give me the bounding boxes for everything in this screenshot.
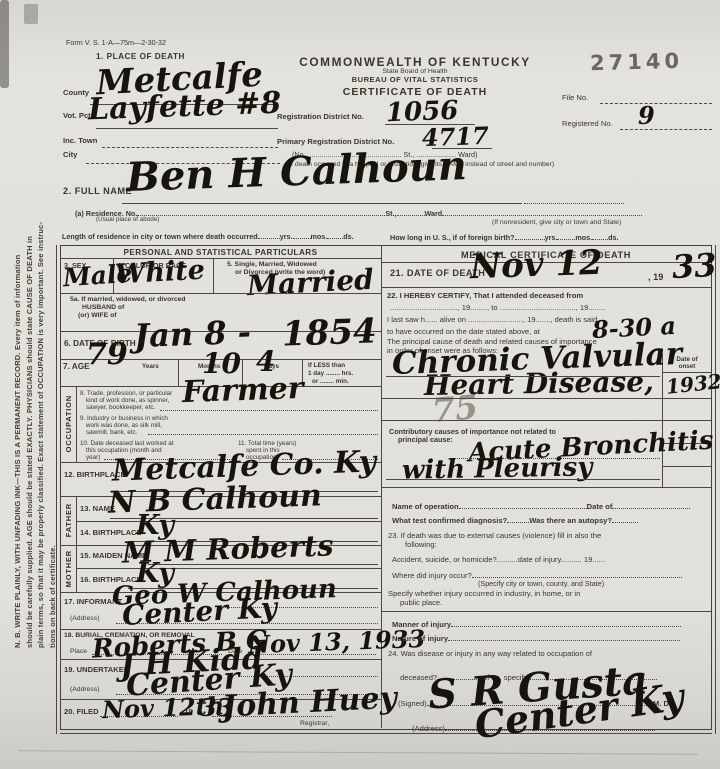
filed-label: 20. FILED	[64, 707, 99, 716]
inc-town-label: Inc. Town	[63, 136, 97, 145]
nature-of-injury-line: Nature of injury	[392, 632, 680, 643]
dotted-line	[612, 500, 690, 509]
foreign-birth-line: How long in U. S., if of foreign birth?y…	[390, 231, 619, 242]
dotted-line	[397, 207, 425, 216]
field-11-line1: 11. Total time (years)	[238, 440, 296, 447]
field-10-line1: 10. Date deceased last worked at	[80, 440, 173, 447]
registration-district-label: Registration District No.	[277, 112, 364, 121]
residence-line: (a) Residence. No.St.,Ward	[75, 207, 642, 218]
dotted-line	[472, 569, 682, 578]
st-label: St.,	[385, 209, 396, 218]
external-causes-line2: following:	[405, 540, 437, 549]
bureau-label: BUREAU OF VITAL STATISTICS	[268, 75, 562, 84]
father-group: FATHER	[61, 496, 77, 545]
pencil-annotation: 75	[431, 390, 480, 427]
rule-line	[148, 434, 378, 435]
informant-address-label: (Address)	[70, 615, 99, 622]
rule-line	[102, 147, 278, 148]
rule-line	[381, 611, 711, 612]
rule-line	[76, 568, 381, 569]
dob-year-handwriting: 1854	[281, 314, 377, 351]
rule-line	[386, 376, 660, 377]
dotted-line	[507, 514, 529, 523]
rule-line	[381, 420, 711, 421]
rule-line	[381, 487, 711, 488]
occupation-question-line1: 24. Was disease or injury in any way rel…	[388, 649, 592, 658]
dotted-line	[293, 230, 311, 239]
informant-address-handwriting: Center Ky	[121, 594, 277, 630]
field-8-line1: 8. Trade, profession, or particular	[80, 390, 172, 397]
dotted-line	[592, 231, 608, 240]
scan-artifact	[0, 0, 9, 88]
file-number-stamp: 27140	[590, 49, 684, 75]
occupation-group-label: OCCUPATION	[64, 395, 73, 452]
field-9-line2: work was done, as silk mill,	[86, 422, 162, 429]
rule-line	[381, 398, 711, 399]
rule-line	[524, 203, 624, 204]
dotted-line	[258, 230, 280, 239]
cell-divider	[178, 359, 179, 386]
rule-line	[600, 103, 712, 104]
abode-note: (Usual place of abode)	[96, 216, 159, 223]
field-9-line1: 9. Industry or business in which	[80, 415, 168, 422]
field-8-line3: sawyer, bookkeeper, etc.	[86, 404, 155, 411]
age-less-line2: 1 day ........ hrs.	[308, 370, 353, 377]
contributory-label-line2: principal cause:	[398, 435, 453, 444]
county-label: County	[63, 88, 89, 97]
rule-line	[56, 245, 57, 734]
rule-line	[96, 128, 278, 129]
certificate-title: CERTIFICATE OF DEATH	[268, 86, 562, 98]
commonwealth-title: COMMONWEALTH OF KENTUCKY	[268, 55, 562, 69]
length-label: Length of residence in city or town wher…	[62, 232, 258, 241]
dotted-line	[327, 230, 343, 239]
mother-group: MOTHER	[61, 545, 77, 592]
rule-line	[76, 521, 381, 522]
date-of-death-handwriting: Nov 12	[469, 246, 603, 285]
dotted-line	[515, 231, 545, 240]
dotted-line	[448, 632, 680, 641]
nonresident-note: (If nonresident, give city or town and S…	[492, 219, 621, 226]
manner-of-injury-line: Manner of injury	[392, 618, 681, 629]
field-5a-line3: (or) WIFE of	[78, 312, 117, 319]
rule-line	[386, 479, 660, 480]
yrs-label: yrs.	[545, 233, 558, 242]
ward-label: Ward	[425, 209, 443, 218]
marital-value-handwriting: Married	[246, 266, 374, 301]
rule-line	[160, 410, 378, 411]
certify-line2: ................................, 19....…	[390, 303, 605, 312]
occupation-value-handwriting: Farmer	[182, 374, 305, 408]
registered-no-value-handwriting: 9	[638, 104, 655, 128]
certify-line4: to have occurred on the date stated abov…	[387, 327, 540, 336]
onset-year-handwriting: 1932	[665, 371, 720, 397]
dotted-line	[137, 207, 385, 216]
rule-line	[60, 293, 381, 294]
signed-label: (Signed)	[398, 699, 427, 708]
scanned-death-certificate: N. B. WRITE PLAINLY, WITH UNFADING INK—T…	[0, 0, 720, 769]
color-value-handwriting: White	[114, 257, 205, 289]
age-years-handwriting: 79	[86, 340, 128, 370]
age-less-line3: or ........ min.	[312, 378, 349, 385]
rule-line	[60, 733, 712, 734]
margin-instructions-line: plain terms, so that it may be properly …	[35, 222, 47, 648]
undertaker-address-label: (Address)	[70, 686, 99, 693]
dotted-line	[451, 618, 681, 627]
precinct-value-handwriting: Layfette #8	[88, 89, 282, 126]
rule-line	[381, 287, 711, 288]
certify-line1: 22. I HEREBY CERTIFY, That I attended de…	[387, 291, 583, 300]
yrs-label: yrs.	[280, 232, 293, 241]
board-of-health-label: State Board of Health	[268, 68, 562, 75]
external-causes-line3: Accident, suicide, or homicide?.........…	[392, 555, 605, 564]
dod-year-handwriting: 33	[671, 249, 717, 283]
injury-location-note: (Specify city or town, county, and State…	[478, 579, 604, 588]
age-less-line1: If LESS than	[308, 362, 345, 369]
mos-label: mos.	[575, 233, 592, 242]
personal-particulars-title: PERSONAL AND STATISTICAL PARTICULARS	[60, 248, 381, 257]
manner-of-injury-label: Manner of injury	[392, 620, 451, 629]
registered-no-label: Registered No.	[562, 119, 613, 128]
cell-divider	[213, 258, 214, 293]
rule-line	[122, 203, 522, 204]
field-5a-line2: HUSBAND of	[82, 304, 124, 311]
physician-address-label: (Address)	[412, 724, 445, 733]
margin-instructions-line: should be carefully supplied. AGE should…	[24, 222, 36, 648]
field-10-line3: year)	[86, 454, 100, 461]
full-name-label: 2. FULL NAME	[63, 186, 132, 196]
scan-artifact	[18, 750, 698, 755]
mother-group-label: MOTHER	[64, 550, 73, 587]
margin-instructions-line: N. B. WRITE PLAINLY, WITH UNFADING INK—T…	[12, 222, 24, 648]
operation-line: Name of operationDate of	[392, 500, 690, 511]
ds-label: ds.	[608, 233, 618, 242]
rule-line	[60, 258, 381, 259]
test-label: What test confirmed diagnosis?	[392, 516, 507, 525]
operation-label: Name of operation	[392, 502, 459, 511]
rule-line	[620, 129, 712, 130]
dod-year-printed: , 19	[648, 272, 663, 282]
dotted-line	[557, 231, 575, 240]
ds-label: ds.	[343, 232, 353, 241]
nature-of-injury-label: Nature of injury	[392, 634, 448, 643]
registrar-label: Registrar,	[300, 720, 329, 727]
rule-line	[662, 466, 711, 467]
rule-line	[715, 245, 716, 734]
operation-date-label: Date of	[587, 502, 613, 511]
form-code: Form V. S. 1-A—75m—2-30-32	[66, 38, 166, 47]
length-of-residence-line: Length of residence in city or town wher…	[62, 230, 354, 241]
injury-location-label: Where did injury occur?	[392, 571, 472, 580]
occupation-group: OCCUPATION	[61, 386, 77, 462]
registrar-signature-handwriting: John Huey	[221, 683, 397, 722]
injury-place-line2: public place.	[400, 598, 442, 607]
margin-instructions: N. B. WRITE PLAINLY, WITH UNFADING INK—T…	[12, 222, 58, 648]
certify-line3: I last saw h...... alive on ............…	[387, 315, 597, 324]
dotted-line	[442, 207, 642, 216]
age-years-label: Years	[142, 363, 159, 370]
injury-place-line1: Specify whether injury occurred in indus…	[388, 589, 580, 598]
autopsy-label: Was there an autopsy?	[529, 516, 612, 525]
city-label: City	[63, 150, 77, 159]
scan-artifact	[24, 4, 38, 24]
external-causes-line1: 23. If death was due to external causes …	[388, 531, 601, 540]
foreign-label: How long in U. S., if of foreign birth?	[390, 233, 515, 242]
burial-place-label: Place	[70, 648, 87, 655]
test-line: What test confirmed diagnosis?Was there …	[392, 514, 638, 525]
field-9-line3: sawmill, bank, etc.	[86, 429, 137, 436]
father-group-label: FATHER	[64, 503, 73, 537]
dotted-line	[612, 514, 638, 523]
mos-label: mos.	[311, 232, 328, 241]
field-8-line2: kind of work done, as spinner,	[86, 397, 169, 404]
field-5a-line1: 5a. If married, widowed, or divorced	[70, 296, 186, 303]
full-name-value-handwriting: Ben H Calhoun	[125, 146, 467, 198]
file-no-label: File No.	[562, 93, 588, 102]
dotted-line	[459, 500, 587, 509]
